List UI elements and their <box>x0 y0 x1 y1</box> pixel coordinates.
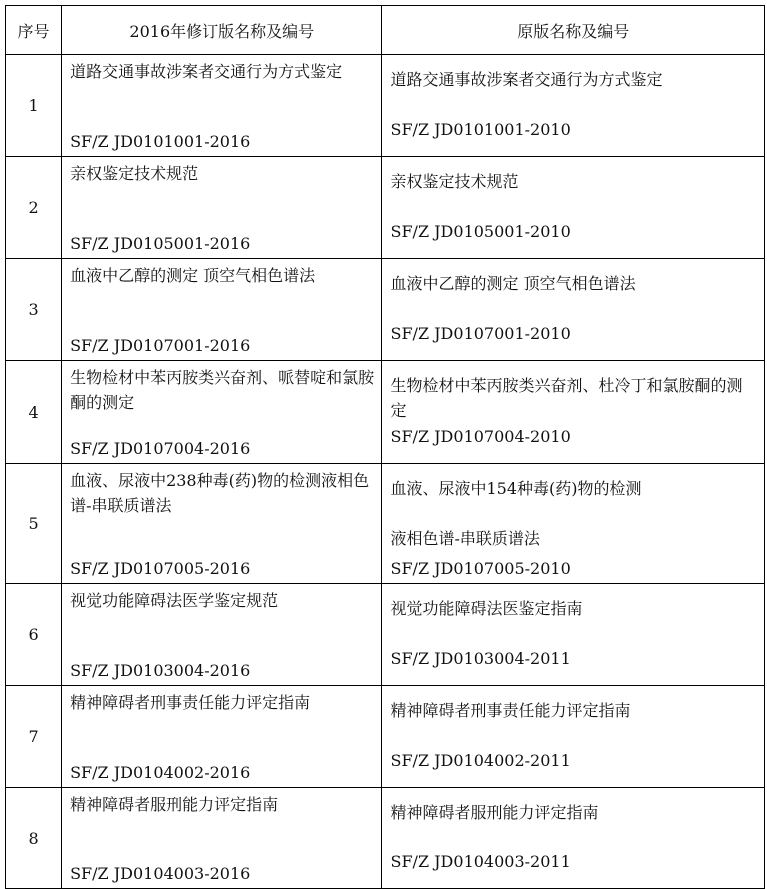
new-version-cell: 生物检材中苯丙胺类兴奋剂、哌替啶和氯胺酮的测定SF/Z JD0107004-20… <box>62 361 382 464</box>
old-standard-name: 血液中乙醇的测定 顶空气相色谱法 <box>390 271 758 296</box>
table-row: 6视觉功能障碍法医学鉴定规范SF/Z JD0103004-2016视觉功能障碍法… <box>6 584 765 686</box>
new-version-cell: 血液中乙醇的测定 顶空气相色谱法SF/Z JD0107001-2016 <box>62 259 382 361</box>
new-standard-name: 精神障碍者刑事责任能力评定指南 <box>70 690 375 715</box>
new-standard-name: 血液中乙醇的测定 顶空气相色谱法 <box>70 263 375 288</box>
old-version-cell: 道路交通事故涉案者交通行为方式鉴定SF/Z JD0101001-2010 <box>382 55 765 157</box>
new-standard-code: SF/Z JD0107001-2016 <box>70 333 250 358</box>
old-version-cell: 亲权鉴定技术规范SF/Z JD0105001-2010 <box>382 157 765 259</box>
table-row: 2亲权鉴定技术规范SF/Z JD0105001-2016亲权鉴定技术规范SF/Z… <box>6 157 765 259</box>
serial-number: 5 <box>6 464 62 584</box>
old-standard-code: SF/Z JD0107001-2010 <box>390 321 570 346</box>
table-row: 1道路交通事故涉案者交通行为方式鉴定SF/Z JD0101001-2016道路交… <box>6 55 765 157</box>
new-version-cell: 血液、尿液中238种毒(药)物的检测液相色谱-串联质谱法SF/Z JD01070… <box>62 464 382 584</box>
table-header-row: 序号 2016年修订版名称及编号 原版名称及编号 <box>6 6 765 55</box>
new-version-cell: 亲权鉴定技术规范SF/Z JD0105001-2016 <box>62 157 382 259</box>
new-version-cell: 精神障碍者刑事责任能力评定指南SF/Z JD0104002-2016 <box>62 686 382 788</box>
new-standard-code: SF/Z JD0105001-2016 <box>70 231 250 256</box>
old-standard-code: SF/Z JD0103004-2011 <box>390 646 570 671</box>
serial-number: 3 <box>6 259 62 361</box>
new-standard-name: 生物检材中苯丙胺类兴奋剂、哌替啶和氯胺酮的测定 <box>70 365 375 415</box>
serial-number: 8 <box>6 788 62 884</box>
old-standard-name: 生物检材中苯丙胺类兴奋剂、杜冷丁和氯胺酮的测定 <box>390 373 758 423</box>
new-version-cell: 视觉功能障碍法医学鉴定规范SF/Z JD0103004-2016 <box>62 584 382 686</box>
serial-number: 7 <box>6 686 62 788</box>
new-standard-code: SF/Z JD0104002-2016 <box>70 760 250 785</box>
table-row: 3血液中乙醇的测定 顶空气相色谱法SF/Z JD0107001-2016血液中乙… <box>6 259 765 361</box>
new-standard-code: SF/Z JD0101001-2016 <box>70 129 250 154</box>
old-standard-name: 亲权鉴定技术规范 <box>390 169 758 194</box>
old-version-cell: 血液、尿液中154种毒(药)物的检测 液相色谱-串联质谱法SF/Z JD0107… <box>382 464 765 584</box>
serial-number: 4 <box>6 361 62 464</box>
serial-number: 1 <box>6 55 62 157</box>
header-old-version: 原版名称及编号 <box>382 6 765 55</box>
new-standard-name: 血液、尿液中238种毒(药)物的检测液相色谱-串联质谱法 <box>70 468 375 518</box>
standards-table: 序号 2016年修订版名称及编号 原版名称及编号 1道路交通事故涉案者交通行为方… <box>5 5 765 883</box>
new-standard-name: 精神障碍者服刑能力评定指南 <box>70 792 375 817</box>
new-standard-code: SF/Z JD0103004-2016 <box>70 658 250 683</box>
old-version-cell: 血液中乙醇的测定 顶空气相色谱法SF/Z JD0107001-2010 <box>382 259 765 361</box>
old-version-cell: 视觉功能障碍法医鉴定指南SF/Z JD0103004-2011 <box>382 584 765 686</box>
new-standard-name: 道路交通事故涉案者交通行为方式鉴定 <box>70 59 375 84</box>
old-standard-code: SF/Z JD0104002-2011 <box>390 748 570 773</box>
old-version-cell: 精神障碍者服刑能力评定指南SF/Z JD0104003-2011 <box>382 788 765 884</box>
new-version-cell: 道路交通事故涉案者交通行为方式鉴定SF/Z JD0101001-2016 <box>62 55 382 157</box>
old-standard-name: 血液、尿液中154种毒(药)物的检测 液相色谱-串联质谱法 <box>390 476 758 551</box>
header-serial: 序号 <box>6 6 62 55</box>
header-new-version: 2016年修订版名称及编号 <box>62 6 382 55</box>
old-version-cell: 生物检材中苯丙胺类兴奋剂、杜冷丁和氯胺酮的测定SF/Z JD0107004-20… <box>382 361 765 464</box>
new-version-cell: 精神障碍者服刑能力评定指南SF/Z JD0104003-2016 <box>62 788 382 884</box>
table-row: 8精神障碍者服刑能力评定指南SF/Z JD0104003-2016精神障碍者服刑… <box>6 788 765 884</box>
new-standard-code: SF/Z JD0104003-2016 <box>70 861 250 883</box>
old-standard-name: 精神障碍者服刑能力评定指南 <box>390 800 758 825</box>
old-standard-name: 道路交通事故涉案者交通行为方式鉴定 <box>390 67 758 92</box>
table-row: 5血液、尿液中238种毒(药)物的检测液相色谱-串联质谱法SF/Z JD0107… <box>6 464 765 584</box>
serial-number: 6 <box>6 584 62 686</box>
serial-number: 2 <box>6 157 62 259</box>
new-standard-name: 亲权鉴定技术规范 <box>70 161 375 186</box>
old-standard-code: SF/Z JD0107005-2010 <box>390 556 570 581</box>
old-standard-name: 视觉功能障碍法医鉴定指南 <box>390 596 758 621</box>
old-standard-code: SF/Z JD0107004-2010 <box>390 424 570 449</box>
old-standard-code: SF/Z JD0101001-2010 <box>390 117 570 142</box>
new-standard-name: 视觉功能障碍法医学鉴定规范 <box>70 588 375 613</box>
old-standard-code: SF/Z JD0104003-2011 <box>390 849 570 874</box>
old-standard-code: SF/Z JD0105001-2010 <box>390 219 570 244</box>
new-standard-code: SF/Z JD0107005-2016 <box>70 556 250 581</box>
old-standard-name: 精神障碍者刑事责任能力评定指南 <box>390 698 758 723</box>
old-version-cell: 精神障碍者刑事责任能力评定指南SF/Z JD0104002-2011 <box>382 686 765 788</box>
new-standard-code: SF/Z JD0107004-2016 <box>70 436 250 461</box>
table-row: 7精神障碍者刑事责任能力评定指南SF/Z JD0104002-2016精神障碍者… <box>6 686 765 788</box>
table-row: 4生物检材中苯丙胺类兴奋剂、哌替啶和氯胺酮的测定SF/Z JD0107004-2… <box>6 361 765 464</box>
